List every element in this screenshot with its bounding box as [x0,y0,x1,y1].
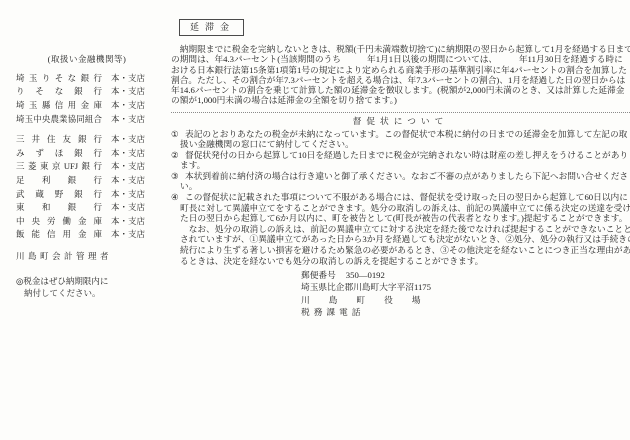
text-line: なお、処分の取消しの訴えは、前記の異議申立てに対する決定を経た後でなければ提起す… [171,224,630,235]
bank-branch-label: 本・支店 [111,201,145,213]
bank-branch-label: 本・支店 [111,147,145,159]
reminder-item: ②督促状発付の日から起算して10日を経過した日までに税金が完納されない時は財産の… [171,150,630,171]
text-line: 扱い金融機関の窓口にて納付してください。 [171,139,630,150]
text-line: の期間は、年4.3パーセント(当該期間のうち 年1月1日以後の期間については、 … [171,54,630,64]
bank-branch-label: 本・支店 [111,188,145,200]
text-line: るときは、決定を経ないでも処分の取消しの訴えを提起することができます。 [171,256,630,267]
postal-code-label: 郵便番号 [301,269,336,281]
bank-name: 足利銀行 [16,174,102,186]
bank-row: 足利銀行 本・支店 [16,173,158,187]
bank-name: 武蔵野銀行 [16,188,102,200]
financial-institutions-column: (取扱い金融機関等) 埼玉りそな銀行 本・支店 りそな銀行 本・支店 埼玉縣信用… [16,53,158,299]
bank-branch-label: 本・支店 [111,228,145,240]
text-line: 年14.6パーセントの割合を乗じて計算した額の延滞金を徴収します。(税額が2,0… [171,85,630,95]
note-line: 納付してください。 [16,287,158,299]
bank-branch-label: 本・支店 [111,85,145,97]
bank-branch-label: 本・支店 [111,160,145,172]
bank-name: 埼玉中央農業協同組合 [16,113,102,125]
item-number: ④ [171,192,179,203]
bank-row: 飯能信用金庫 本・支店 [16,228,158,242]
bank-name: 三菱東京UFJ銀行 [16,160,102,172]
bank-row: 三井住友銀行 本・支店 [16,132,158,146]
bank-name: 東和銀行 [16,201,102,213]
bank-row: 中央労働金庫 本・支店 [16,214,158,228]
note-line: ◎税金はぜひ納期限内に [16,275,158,287]
late-fee-title-box: 延滞金 [179,19,244,36]
text-line: されていますが、①異議申立てがあった日から3か月を経過しても決定がないとき、②処… [171,234,630,245]
text-line: い。 [171,181,630,192]
text-line: 続行により生ずる著しい損害を避けるため緊急の必要があるとき、③その他決定を経ない… [171,245,630,256]
tax-section-phone-label: 税務課電話 [301,306,630,318]
text-line: 表記のとおりあなたの税金が未納になっています。この督促状で本税に納付の日までの延… [171,129,630,140]
bank-name: みずほ銀行 [16,147,102,159]
bank-name: 埼玉縣信用金庫 [16,99,102,111]
reminder-item: ④この督促状に記載された事項について不服がある場合には、督促状を受け取った日の翌… [171,192,630,266]
text-line: 割合。ただし、その割合が年7.3パーセントを超える場合は、年7.3パーセントの割… [171,75,630,85]
bank-row: 埼玉りそな銀行 本・支店 [16,71,158,85]
item-number: ① [171,129,179,140]
bank-row: 埼玉縣信用金庫 本・支店 [16,98,158,112]
text-line: おける日本銀行法第15条第1項第1号の規定により定められる商業手形の基準割引率に… [171,65,630,75]
postal-code-value: 350—0192 [346,269,385,281]
text-line: た日の翌日から起算して6か月以内に、町を被告として(町長が被告の代表者となります… [171,213,630,224]
bank-name: 中央労働金庫 [16,215,102,227]
reminder-items: ①表記のとおりあなたの税金が未納になっています。この督促状で本税に納付の日までの… [171,129,630,267]
bank-name: 飯能信用金庫 [16,228,102,240]
bank-row: みずほ銀行 本・支店 [16,146,158,160]
bank-row: りそな銀行 本・支店 [16,85,158,99]
bank-branch-label: 本・支店 [111,174,145,186]
bank-row: 三菱東京UFJ銀行 本・支店 [16,160,158,174]
text-line: この督促状に記載された事項について不服がある場合には、督促状を受け取った日の翌日… [171,192,630,203]
dotted-separator [171,112,630,113]
bank-branch-label: 本・支店 [111,72,145,84]
bank-branch-label: 本・支店 [111,113,145,125]
text-line: 本状到着前に納付済の場合は行き違いと御了承ください。なおご不審の点がありましたら… [171,171,630,182]
item-number: ③ [171,171,179,182]
reminder-item: ①表記のとおりあなたの税金が未納になっています。この督促状で本税に納付の日までの… [171,129,630,150]
late-fee-paragraph: 納期限までに税金を完納しないときは、税額(千円未満端数切捨て)に納期限の翌日から… [171,44,630,106]
text-line: ます。 [171,160,630,171]
payment-deadline-note: ◎税金はぜひ納期限内に 納付してください。 [16,275,158,299]
bank-branch-label: 本・支店 [111,133,145,145]
accounting-manager-label: 川島町会計管理者 [16,250,158,264]
town-office-name: 川島町役場 [301,294,630,306]
main-text-column: 延滞金 納期限までに税金を完納しないときは、税額(千円未満端数切捨て)に納期限の… [171,19,630,318]
item-number: ② [171,150,179,161]
postal-code-row: 郵便番号 350—0192 [301,269,630,281]
bank-branch-label: 本・支店 [111,99,145,111]
reminder-heading: 督促状について [171,116,630,127]
bank-branch-label: 本・支店 [111,215,145,227]
document-page: (取扱い金融機関等) 埼玉りそな銀行 本・支店 りそな銀行 本・支店 埼玉縣信用… [0,0,630,440]
bank-name: りそな銀行 [16,85,102,97]
bank-list: 埼玉りそな銀行 本・支店 りそな銀行 本・支店 埼玉縣信用金庫 本・支店 埼玉中… [16,71,158,241]
bank-name: 埼玉りそな銀行 [16,72,102,84]
text-line: 町長に対して異議申立てをすることができます。処分の取消しの訴えは、前記の異議申立… [171,203,630,214]
contact-block: 郵便番号 350—0192 埼玉県比企郡川島町大字平沼1175 川島町役場 税務… [301,269,630,318]
bank-row: 埼玉中央農業協同組合 本・支店 [16,112,158,126]
text-line: の額が1,000円未満の場合は延滞金の全額を切り捨てます。) [171,95,630,105]
reminder-item: ③本状到着前に納付済の場合は行き違いと御了承ください。なおご不審の点がありました… [171,171,630,192]
financial-institutions-title: (取扱い金融機関等) [16,53,158,66]
bank-name: 三井住友銀行 [16,133,102,145]
text-line: 督促状発付の日から起算して10日を経過した日までに税金が完納されない時は財産の差… [171,150,630,161]
text-line: 納期限までに税金を完納しないときは、税額(千円未満端数切捨て)に納期限の翌日から… [171,44,630,54]
bank-row: 武蔵野銀行 本・支店 [16,187,158,201]
office-address: 埼玉県比企郡川島町大字平沼1175 [301,281,630,293]
bank-row: 東和銀行 本・支店 [16,200,158,214]
